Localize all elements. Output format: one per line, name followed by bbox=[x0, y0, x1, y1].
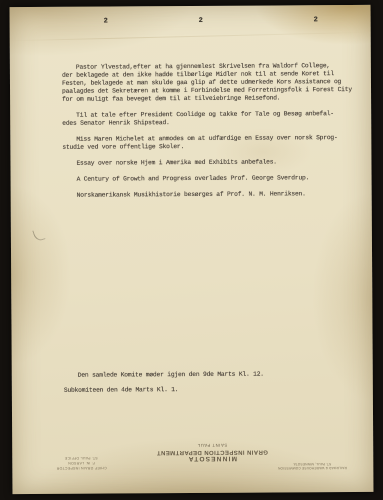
stamp-small-print-left: CHIEF GRAIN INSPECTOR F. W. LARSON ST. P… bbox=[42, 455, 121, 470]
page-number: 2 bbox=[104, 18, 108, 26]
letterhead-stamp-upside-down: MINNESOTA GRAIN INSPECTION DEPARTMENT SA… bbox=[132, 442, 292, 462]
typewritten-line: edes Senator Henrik Shipstead. bbox=[62, 118, 358, 128]
stamp-state-name: MINNESOTA bbox=[132, 454, 292, 462]
paragraph: Miss Maren Michelet at anmodes om at udf… bbox=[62, 134, 358, 152]
page-number: 2 bbox=[314, 16, 318, 24]
paragraph: A Century of Growth and Progress overlad… bbox=[63, 174, 359, 184]
typewritten-line: Subkomiteen den 4de Marts Kl. 1. bbox=[64, 385, 360, 395]
stamp-small-line: F. W. LARSON bbox=[42, 460, 120, 465]
paragraph: Norskamerikansk Musikhistorie besørges a… bbox=[63, 190, 359, 200]
typewritten-body: Pastor Ylvestad,efter at ha gjennemlest … bbox=[62, 62, 359, 208]
paragraph: Pastor Ylvestad,efter at ha gjennemlest … bbox=[62, 62, 358, 104]
stamp-small-line: RAILROAD & WAREHOUSE COMMISSION bbox=[275, 465, 349, 470]
stamp-small-line: CHIEF GRAIN INSPECTOR bbox=[42, 465, 120, 470]
paragraph: Til at tale efter President Coolidge og … bbox=[62, 110, 358, 128]
scan-background: 2 2 2 Pastor Ylvestad,efter at ha gjenne… bbox=[0, 0, 383, 500]
stamp-small-line: ST. PAUL OFFICE bbox=[42, 455, 120, 460]
paper-crease bbox=[10, 32, 371, 42]
typewritten-line: Den samlede Komite møder igjen den 9de M… bbox=[64, 370, 360, 380]
typewritten-line: A Century of Growth and Progress overlad… bbox=[63, 174, 359, 184]
stamp-department-name: GRAIN INSPECTION DEPARTMENT bbox=[132, 447, 292, 455]
typewritten-line: studie ved vore offentlige Skoler. bbox=[62, 142, 358, 152]
pencil-mark bbox=[32, 228, 45, 243]
document-page: 2 2 2 Pastor Ylvestad,efter at ha gjenne… bbox=[10, 5, 374, 494]
typewritten-line: Norskamerikansk Musikhistorie besørges a… bbox=[63, 190, 359, 200]
typewritten-line: for om muligt faa beveget dem til at til… bbox=[62, 94, 358, 104]
paragraph: Essay over norske Hjem i Amerika med Exh… bbox=[62, 158, 358, 168]
closing-lines: Den samlede Komite møder igjen den 9de M… bbox=[64, 370, 360, 395]
page-number: 2 bbox=[199, 17, 203, 25]
typewritten-line: Essay over norske Hjem i Amerika med Exh… bbox=[62, 158, 358, 168]
stamp-small-print-right: RAILROAD & WAREHOUSE COMMISSION ST. PAUL… bbox=[275, 461, 349, 470]
